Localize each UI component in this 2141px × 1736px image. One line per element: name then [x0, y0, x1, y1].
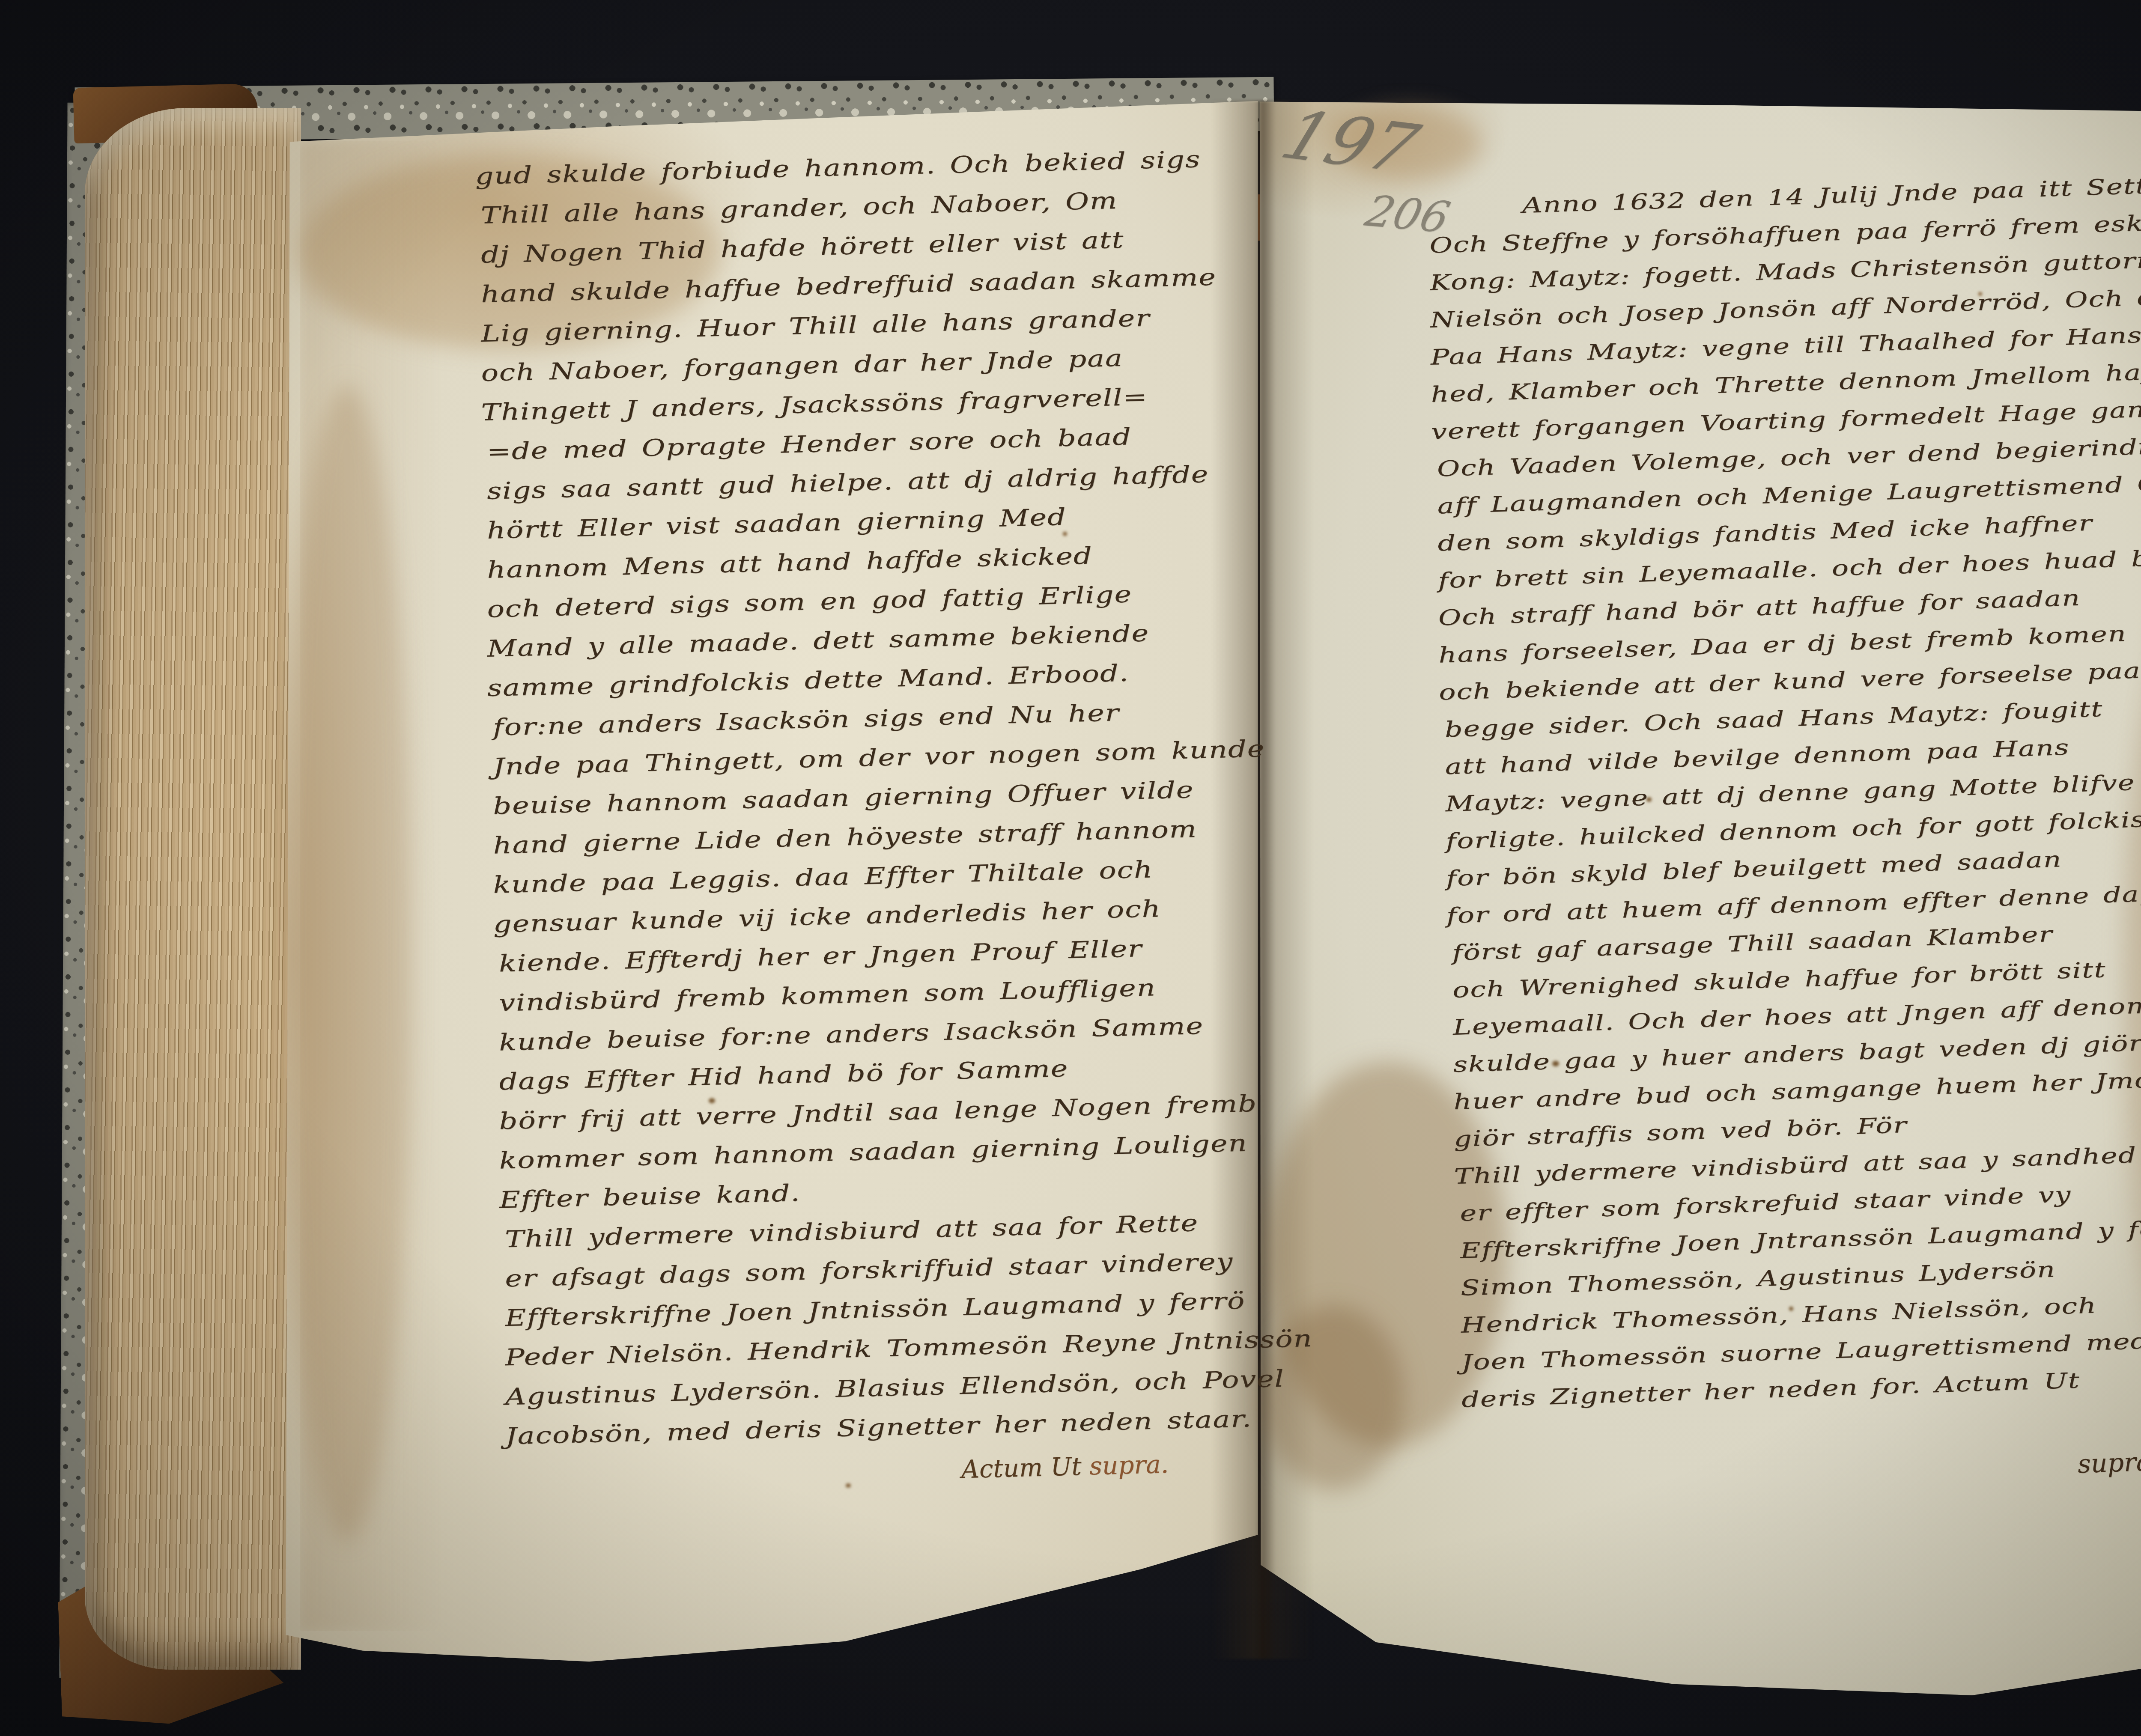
manuscript-line: for bön skyld blef beuilgett med saadan [1446, 849, 2062, 889]
manuscript-line: gensuar kunde vij icke anderledis her oc… [493, 897, 1161, 936]
manuscript-line: Peder Nielsön. Hendrik Tommesön Reyne Jn… [505, 1327, 1313, 1369]
actum-ut-supra-left: Actum Ut supra. [961, 1450, 1169, 1484]
manuscript-line: forligte. huilcked dennom och for gott f… [1445, 809, 2141, 852]
manuscript-line: for:ne anders Isacksön sigs end Nu her [492, 701, 1120, 739]
manuscript-line: kiende. Effterdj her er Jngen Prouf Elle… [498, 937, 1142, 975]
manuscript-line: hannom Mens att hand haffde skicked [487, 544, 1093, 581]
manuscript-line: Leyemaall. Och der hoes att Jngen aff de… [1452, 995, 2141, 1038]
manuscript-line: Och straff hand bör att haffue for saada… [1438, 587, 2081, 628]
manuscript-line: vindisbürd fremb kommen som Louffligen [499, 976, 1157, 1015]
manuscript-line: Och Vaaden Volemge, och ver dend begieri… [1437, 435, 2141, 479]
manuscript-line: deris Zignetter her neden for. Actum Ut [1461, 1370, 2080, 1410]
manuscript-line: huer andre bud och samgange huem her Jmo… [1453, 1069, 2141, 1113]
manuscript-line: Effterskriffne Joen Jntranssön Laugmand … [1460, 1217, 2141, 1261]
manuscript-line: Thill alle hans grander, och Naboer, Om [480, 189, 1118, 227]
manuscript-line: kommer som hannom saadan gierning Loulig… [499, 1132, 1248, 1172]
manuscript-line: Maytz: vegne att dj denne gang Motte bli… [1445, 772, 2135, 815]
manuscript-line: Och Steffne y forsöhaffuen paa ferrö fre… [1429, 211, 2141, 256]
manuscript-line: Thingett J anders, Jsackssöns fragrverel… [481, 385, 1148, 424]
manuscript-line: skulde gaa y huer anders bagt veden dj g… [1453, 1032, 2141, 1075]
manuscript-line: kunde beuise for:ne anders Isacksön Samm… [499, 1015, 1204, 1054]
manuscript-line: Jnde paa Thingett, om der vor nogen som … [493, 737, 1265, 778]
manuscript-line: och bekiende att der kund vere forseelse… [1439, 660, 2141, 703]
manuscript-line: verett forgangen Voarting formedelt Hage… [1431, 398, 2141, 443]
manuscript-line: Lig gierning. Huor Thill alle hans grand… [481, 307, 1151, 345]
manuscript-line: och Naboer, forgangen dar her Jnde paa [481, 347, 1123, 385]
manuscript-line: =de med Opragte Hender sore och baad [486, 425, 1132, 463]
manuscript-line: aff Laugmanden och Menige Laugrettismend… [1437, 472, 2141, 517]
manuscript-line: hand gierne Lide den höyeste straff hann… [493, 818, 1198, 858]
manuscript-line: sigs saa santt gud hielpe. att dj aldrig… [486, 463, 1209, 503]
manuscript-line: Effter beuise kand. [499, 1182, 801, 1212]
manuscript-line: Mand y alle maade. dett samme bekiende [487, 622, 1149, 660]
manuscript-line: och deterd sigs som en god fattig Erlige [487, 583, 1133, 621]
manuscript-line: for ord att huem aff dennom effter denne… [1446, 883, 2141, 926]
manuscript-line: hand skulde haffue bedreffuid saadan ska… [481, 265, 1217, 306]
manuscript-line: och Wrenighed skulde haffue for brött si… [1452, 959, 2106, 1001]
manuscript-line: hans forseelser, Daa er dj best fremb ko… [1438, 623, 2127, 666]
manuscript-line: Jacobsön, med deris Signetter her neden … [505, 1407, 1252, 1448]
manuscript-line: den som skyldigs fandtis Med icke haffne… [1437, 512, 2093, 554]
manuscript-line: beuise hannom saadan gierning Offuer vil… [493, 778, 1194, 818]
manuscript-line: Kong: Maytz: fogett. Mads Christensön gu… [1429, 249, 2141, 294]
manuscript-line: att hand vilde bevilge dennom paa Hans [1445, 736, 2070, 777]
page-edge-stack-left [85, 108, 301, 1670]
manuscript-line: börr frij att verre Jndtil saa lenge Nog… [499, 1092, 1257, 1133]
actum-supra: supra. [1089, 1450, 1169, 1481]
manuscript-line: hörtt Eller vist saadan gierning Med [487, 506, 1067, 542]
manuscript-line: Effterskriffne Joen Jntnissön Laugmand y… [505, 1289, 1246, 1330]
manuscript-line: samme grindfolckis dette Mand. Erbood. [487, 661, 1129, 700]
photo-backdrop: 197 206 gud skulde forbiude hannom. Och … [0, 0, 2141, 1736]
left-page-text-block: gud skulde forbiude hannom. Och bekied s… [477, 146, 1297, 1500]
manuscript-line: först gaf aarsage Thill saadan Klamber [1452, 923, 2053, 964]
manuscript-line: Simon Thomessön, Agustinus Lydersön [1460, 1259, 2056, 1299]
manuscript-line: Thill ydermere vindisbürd att saa y sand… [1454, 1144, 2137, 1187]
manuscript-line: dags Effter Hid hand bö for Samme [499, 1057, 1069, 1093]
manuscript-line: dj Nogen Thid hafde hörett eller vist at… [480, 228, 1124, 266]
manuscript-line: kunde paa Leggis. daa Effter Thiltale oc… [493, 858, 1153, 896]
manuscript-line: er afsagt dags som forskriffuid staar vi… [505, 1250, 1234, 1290]
manuscript-line: Thill ydermere vindisbiurd att saa for R… [505, 1212, 1199, 1251]
manuscript-line: er effter som forskrefuid staar vinde vy [1460, 1184, 2072, 1224]
actum-prefix: Actum Ut [961, 1452, 1090, 1484]
supra-right: supra. [2077, 1447, 2141, 1480]
manuscript-line: Agustinus Lydersön. Blasius Ellendsön, o… [505, 1367, 1285, 1408]
right-page-text-block: Anno 1632 den 14 Julij Jnde paa itt Sett… [1426, 174, 2141, 1481]
manuscript-line: begge sider. Och saad Hans Maytz: fougit… [1444, 698, 2103, 740]
manuscript-line: giör straffis som ved bör. För [1453, 1114, 1908, 1150]
manuscript-line: Joen Thomessön suorne Laugrettismend med [1461, 1330, 2141, 1373]
paper-stain [283, 385, 411, 1541]
manuscript-line: Hendrick Thomessön, Hans Nielssön, och [1461, 1295, 2097, 1336]
